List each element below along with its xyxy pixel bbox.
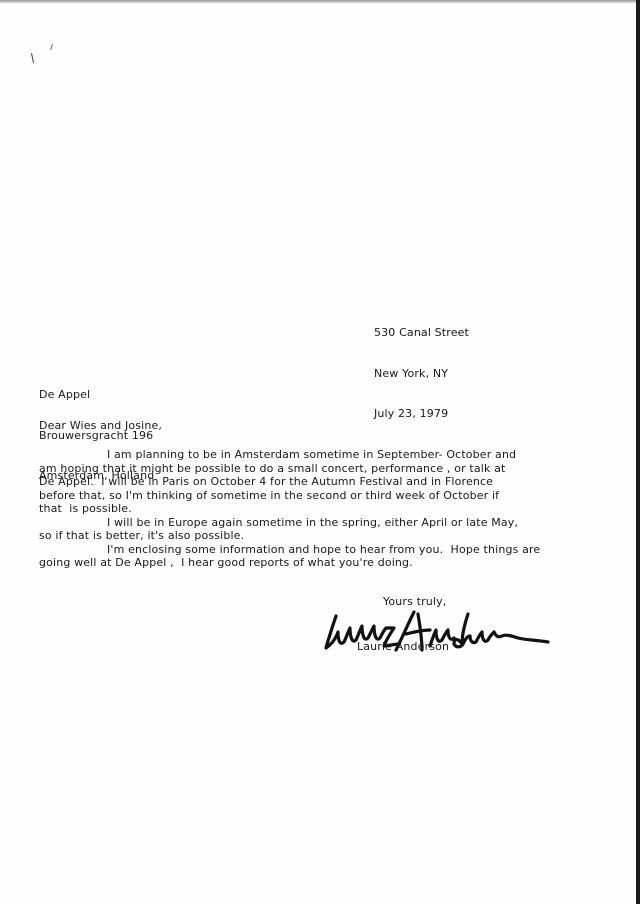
body-line: I'm enclosing some information and hope … <box>39 543 540 557</box>
body-line: I will be in Europe again sometime in th… <box>39 516 540 530</box>
scan-top-edge <box>0 0 636 3</box>
letter-page: 530 Canal Street New York, NY July 23, 1… <box>0 0 640 904</box>
salutation: Dear Wies and Josine, <box>39 419 162 433</box>
body-line: am hoping that it might be possible to d… <box>39 462 540 476</box>
letter-body: I am planning to be in Amsterdam sometim… <box>39 448 540 570</box>
body-line: going well at De Appel , I hear good rep… <box>39 556 540 570</box>
body-line: before that, so I'm thinking of sometime… <box>39 489 540 503</box>
printed-name: Laurie Anderson <box>357 640 449 654</box>
sender-street: 530 Canal Street <box>374 326 469 340</box>
body-line: that is possible. <box>39 502 540 516</box>
stray-mark <box>31 53 34 63</box>
letter-date: July 23, 1979 <box>374 407 469 421</box>
body-line: I am planning to be in Amsterdam sometim… <box>39 448 540 462</box>
body-line: so if that is better, it's also possible… <box>39 529 540 543</box>
scan-right-edge <box>636 0 640 904</box>
stray-mark <box>50 44 53 50</box>
sender-address: 530 Canal Street New York, NY July 23, 1… <box>374 299 469 448</box>
recipient-name: De Appel <box>39 388 154 402</box>
sender-city: New York, NY <box>374 367 469 381</box>
closing: Yours truly, <box>383 595 446 609</box>
body-line: De Appel. I will be in Paris on October … <box>39 475 540 489</box>
